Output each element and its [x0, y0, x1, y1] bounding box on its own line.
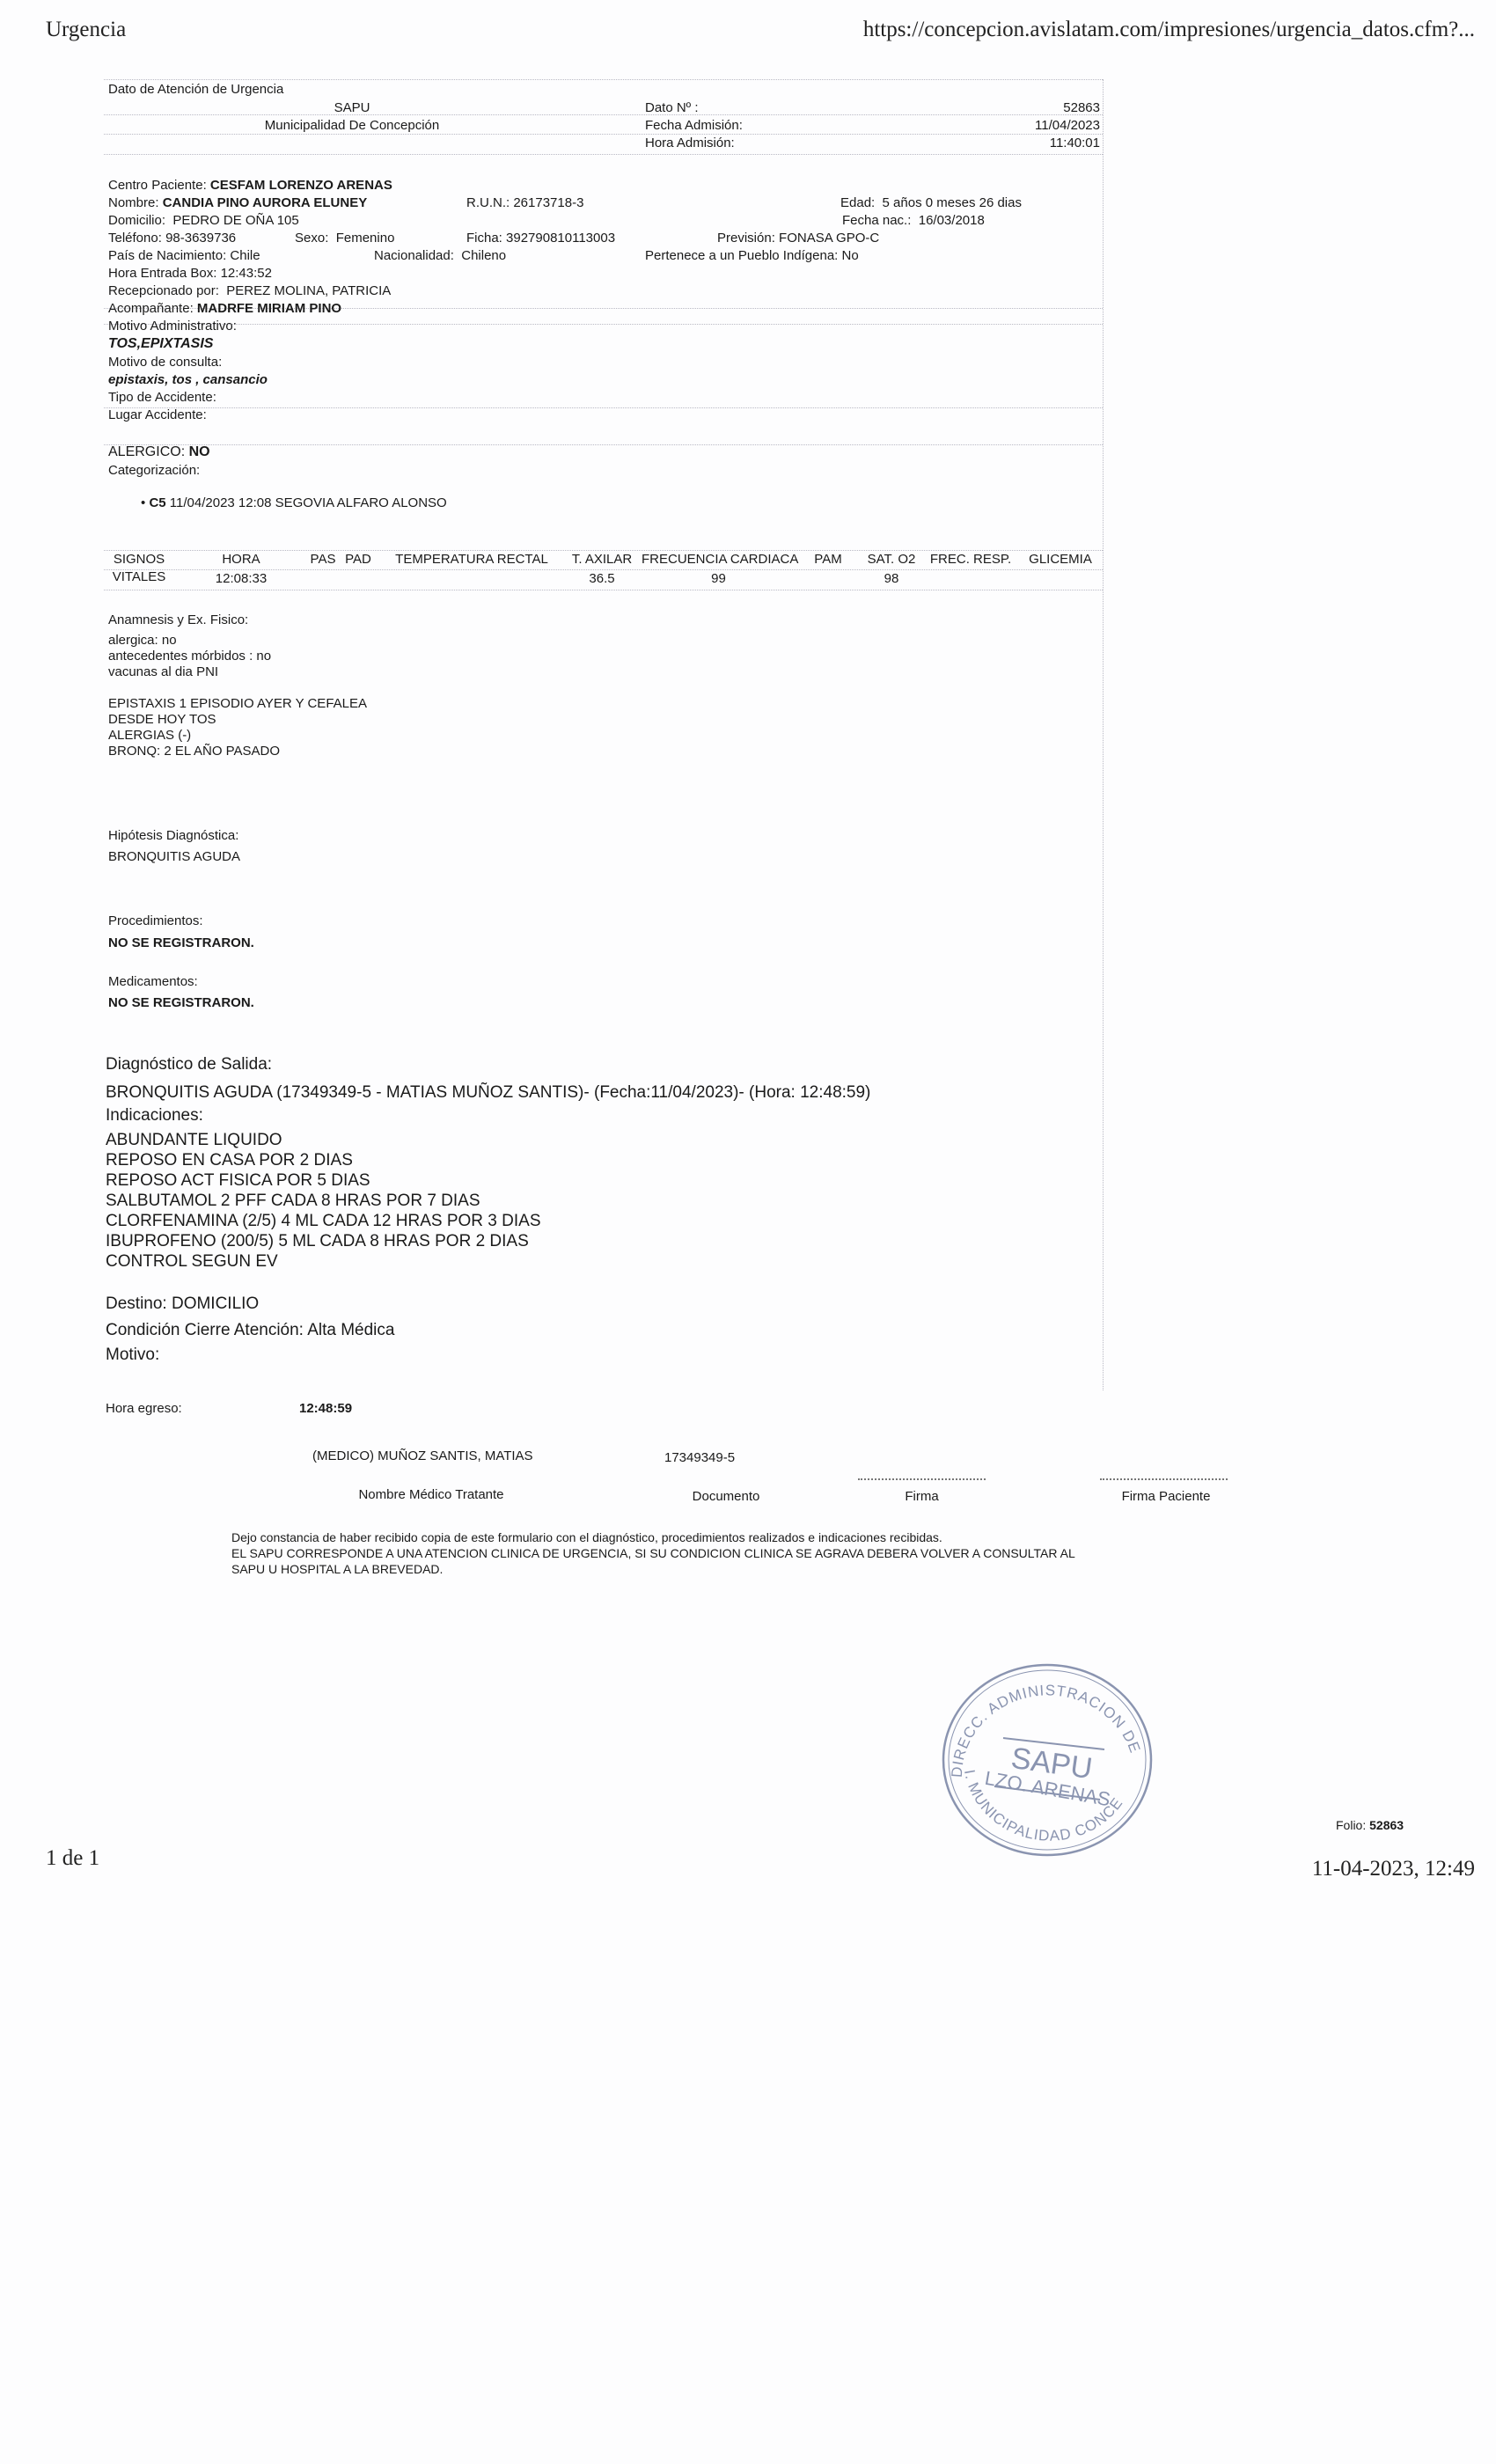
- medicamentos-label: Medicamentos:: [108, 974, 198, 990]
- indicacion-item: CLORFENAMINA (2/5) 4 ML CADA 12 HRAS POR…: [106, 1211, 541, 1231]
- hipotesis-value: BRONQUITIS AGUDA: [108, 849, 240, 865]
- patient-prevision: Previsión: FONASA GPO-C: [717, 231, 879, 246]
- vitals-column-header: PAM: [797, 552, 859, 568]
- patient-nacionalidad: Nacionalidad: Chileno: [374, 248, 506, 264]
- motivo-consulta-label: Motivo de consulta:: [108, 355, 222, 370]
- page-count: 1 de 1: [46, 1846, 99, 1871]
- vitals-column-header: TEMPERATURA RECTAL: [380, 552, 563, 568]
- hipotesis-label: Hipótesis Diagnóstica:: [108, 828, 238, 844]
- folio: Folio: 52863: [1336, 1817, 1404, 1833]
- destino: Destino: DOMICILIO: [106, 1294, 259, 1314]
- firma-label: Firma: [858, 1489, 986, 1505]
- vitals-column-header: SAT. O2: [862, 552, 920, 568]
- medico-label: Nombre Médico Tratante: [317, 1487, 546, 1503]
- anamnesis-line: vacunas al dia PNI: [108, 664, 367, 680]
- hora-egreso-value: 12:48:59: [299, 1401, 352, 1417]
- disclaimer-line-1: Dejo constancia de haber recibido copia …: [231, 1529, 942, 1545]
- indicaciones-label: Indicaciones:: [106, 1105, 203, 1126]
- categorizacion-label: Categorización:: [108, 463, 200, 479]
- anamnesis-line: BRONQ: 2 EL AÑO PASADO: [108, 744, 367, 759]
- org-sub: Municipalidad De Concepción: [229, 118, 475, 134]
- fecha-admision-label: Fecha Admisión:: [645, 118, 743, 134]
- patient-domicilio: Domicilio: PEDRO DE OÑA 105: [108, 213, 299, 229]
- anamnesis-label: Anamnesis y Ex. Fisico:: [108, 612, 248, 628]
- vitals-row-label-1: SIGNOS: [104, 552, 174, 568]
- vitals-column-header: FREC. RESP.: [923, 552, 1018, 568]
- procedimientos-value: NO SE REGISTRARON.: [108, 935, 254, 951]
- acompanante: Acompañante: MADRFE MIRIAM PINO: [108, 301, 341, 317]
- vitals-row-label-2: VITALES: [104, 569, 174, 585]
- fecha-admision-value: 11/04/2023: [1035, 118, 1100, 134]
- hora-entrada-box: Hora Entrada Box: 12:43:52: [108, 266, 272, 282]
- anamnesis-line: [108, 680, 367, 696]
- page-url: https://concepcion.avislatam.com/impresi…: [863, 18, 1475, 42]
- medicamentos-value: NO SE REGISTRARON.: [108, 995, 254, 1011]
- print-datetime: 11-04-2023, 12:49: [1312, 1857, 1475, 1881]
- patient-ficha: Ficha: 392790810113003: [466, 231, 615, 246]
- anamnesis-text: alergica: noantecedentes mórbidos : nova…: [108, 633, 367, 759]
- doc-title: Dato de Atención de Urgencia: [108, 82, 283, 98]
- anamnesis-line: alergica: no: [108, 633, 367, 649]
- patient-telefono: Teléfono: 98-3639736: [108, 231, 236, 246]
- patient-sexo: Sexo: Femenino: [295, 231, 394, 246]
- firma-paciente-label: Firma Paciente: [1091, 1489, 1241, 1505]
- categorizacion-item: • C5 11/04/2023 12:08 SEGOVIA ALFARO ALO…: [141, 495, 447, 511]
- vitals-column-header: GLICEMIA: [1021, 552, 1100, 568]
- medico-doc: 17349349-5: [664, 1450, 735, 1466]
- anamnesis-line: antecedentes mórbidos : no: [108, 649, 367, 664]
- vitals-cell: 36.5: [564, 571, 640, 587]
- indicaciones-list: ABUNDANTE LIQUIDOREPOSO EN CASA POR 2 DI…: [106, 1130, 541, 1272]
- dato-value: 52863: [1063, 100, 1100, 116]
- hora-egreso-label: Hora egreso:: [106, 1401, 182, 1417]
- indicacion-item: IBUPROFENO (200/5) 5 ML CADA 8 HRAS POR …: [106, 1231, 541, 1251]
- disclaimer-line-2: EL SAPU CORRESPONDE A UNA ATENCION CLINI…: [231, 1545, 1075, 1561]
- indicacion-item: ABUNDANTE LIQUIDO: [106, 1130, 541, 1150]
- page-title: Urgencia: [46, 18, 126, 42]
- condicion-cierre: Condición Cierre Atención: Alta Médica: [106, 1320, 394, 1340]
- vitals-cell: 99: [642, 571, 796, 587]
- vitals-cell: 12:08:33: [192, 571, 290, 587]
- motivo-consulta-value: epistaxis, tos , cansancio: [108, 372, 268, 388]
- motivo-administrativo-label: Motivo Administrativo:: [108, 319, 237, 334]
- hora-admision-label: Hora Admisión:: [645, 136, 735, 151]
- lugar-accidente-label: Lugar Accidente:: [108, 407, 207, 423]
- indicacion-item: REPOSO ACT FISICA POR 5 DIAS: [106, 1170, 541, 1191]
- anamnesis-line: DESDE HOY TOS: [108, 712, 367, 728]
- patient-edad: Edad: 5 años 0 meses 26 dias: [840, 195, 1022, 211]
- centro-paciente: Centro Paciente: CESFAM LORENZO ARENAS: [108, 178, 392, 194]
- vitals-column-header: T. AXILAR: [564, 552, 640, 568]
- medico-name: (MEDICO) MUÑOZ SANTIS, MATIAS: [312, 1448, 533, 1464]
- tipo-accidente-label: Tipo de Accidente:: [108, 390, 216, 406]
- anamnesis-line: ALERGIAS (-): [108, 728, 367, 744]
- recepcionado-por: Recepcionado por: PEREZ MOLINA, PATRICIA: [108, 283, 391, 299]
- vitals-column-header: FRECUENCIA CARDIACA: [642, 552, 796, 568]
- indicacion-item: REPOSO EN CASA POR 2 DIAS: [106, 1150, 541, 1170]
- official-stamp-icon: DIRECC. ADMINISTRACION DE SALUD I. MUNIC…: [928, 1654, 1166, 1866]
- vitals-cell: 98: [862, 571, 920, 587]
- patient-indigena: Pertenece a un Pueblo Indígena: No: [645, 248, 859, 264]
- hora-admision-value: 11:40:01: [1050, 136, 1100, 151]
- diagnostico-salida-value: BRONQUITIS AGUDA (17349349-5 - MATIAS MU…: [106, 1082, 870, 1103]
- patient-run: R.U.N.: 26173718-3: [466, 195, 583, 211]
- patient-fecha-nac: Fecha nac.: 16/03/2018: [842, 213, 985, 229]
- vitals-column-header: PAS: [310, 552, 336, 568]
- documento-label: Documento: [651, 1489, 801, 1505]
- indicacion-item: SALBUTAMOL 2 PFF CADA 8 HRAS POR 7 DIAS: [106, 1191, 541, 1211]
- alergico: ALERGICO: NO: [108, 444, 210, 460]
- motivo-administrativo-value: TOS,EPIXTASIS: [108, 336, 213, 352]
- patient-pais: País de Nacimiento: Chile: [108, 248, 260, 264]
- disclaimer-line-3: SAPU U HOSPITAL A LA BREVEDAD.: [231, 1561, 443, 1577]
- vitals-column-header: HORA: [192, 552, 290, 568]
- diagnostico-salida-label: Diagnóstico de Salida:: [106, 1054, 272, 1074]
- anamnesis-line: EPISTAXIS 1 EPISODIO AYER Y CEFALEA: [108, 696, 367, 712]
- dato-label: Dato Nº :: [645, 100, 699, 116]
- motivo-cierre-label: Motivo:: [106, 1345, 159, 1365]
- procedimientos-label: Procedimientos:: [108, 913, 203, 929]
- vitals-column-header: PAD: [337, 552, 379, 568]
- org-name: SAPU: [264, 100, 440, 116]
- patient-name: Nombre: CANDIA PINO AURORA ELUNEY: [108, 195, 367, 211]
- indicacion-item: CONTROL SEGUN EV: [106, 1251, 541, 1272]
